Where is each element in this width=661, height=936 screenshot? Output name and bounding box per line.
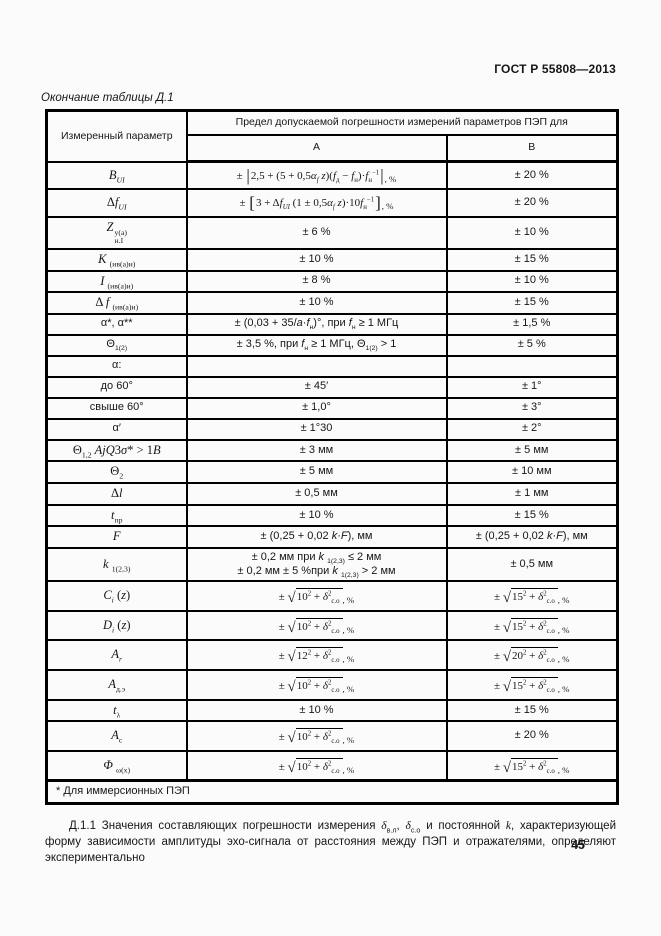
param-cell: F (47, 526, 187, 548)
paragraph-d11: Д.1.1 Значения составляющих погрешности … (45, 818, 616, 866)
table-row: F± (0,25 + 0,02 k·F), мм± (0,25 + 0,02 k… (47, 526, 618, 548)
limit-b-cell: ± √152 + δ2с.о, % (447, 581, 618, 611)
table-row: α*, α**± (0,03 + 35/a·fн)°, при fн ≥ 1 М… (47, 314, 618, 335)
limit-b-cell: ± √152 + δ2с.о, % (447, 670, 618, 700)
limit-a-cell: ± 6 % (187, 217, 447, 249)
limit-b-cell: ± 20 % (447, 721, 618, 751)
limit-b-cell: ± 10 % (447, 271, 618, 293)
param-cell: Aд.э (47, 670, 187, 700)
limit-a-cell: ± 1°30 (187, 419, 447, 440)
table-row: Aс± √102 + δ2с.о, %± 20 % (47, 721, 618, 751)
table-footnote: * Для иммерсионных ПЭП (47, 781, 618, 804)
limit-b-cell (447, 356, 618, 377)
limit-b-cell: ± 15 % (447, 292, 618, 314)
limit-b-cell: ± 1,5 % (447, 314, 618, 335)
limit-b-cell: ± (0,25 + 0,02 k·F), мм (447, 526, 618, 548)
limit-a-cell: ± √102 + δ2с.о, % (187, 751, 447, 781)
param-cell: Θ1(2) (47, 335, 187, 356)
tolerance-table: Измеренный параметр Предел допускаемой п… (45, 109, 619, 805)
table-row: Θ1,2 AjQ3σ* > 1В± 3 мм± 5 мм (47, 440, 618, 462)
limit-a-cell: ± |2,5 + (5 + 0,5αf z)(fд − fн)·fн−1|, % (187, 162, 447, 190)
limit-b-cell: ± 15 % (447, 249, 618, 271)
table-row: Ci (z)± √102 + δ2с.о, %± √152 + δ2с.о, % (47, 581, 618, 611)
table-row: tпр± 10 %± 15 % (47, 505, 618, 527)
param-cell: до 60° (47, 377, 187, 398)
table-row: Ar± √122 + δ2с.о, %± √202 + δ2с.о, % (47, 640, 618, 670)
table-row: свыше 60°± 1,0°± 3° (47, 398, 618, 419)
limit-a-cell: ± 8 % (187, 271, 447, 293)
param-cell: α*, α** (47, 314, 187, 335)
param-cell: α: (47, 356, 187, 377)
table-row: tλ± 10 %± 15 % (47, 700, 618, 722)
table-header: Измеренный параметр Предел допускаемой п… (47, 111, 618, 162)
limit-a-cell: ± 1,0° (187, 398, 447, 419)
param-cell: Δl (47, 483, 187, 505)
param-cell: Θ1,2 AjQ3σ* > 1В (47, 440, 187, 462)
limit-b-cell: ± 3° (447, 398, 618, 419)
param-cell: Ar (47, 640, 187, 670)
table-row: Δ f (ив(а)и)± 10 %± 15 % (47, 292, 618, 314)
table-row: Di (z)± √102 + δ2с.о, %± √152 + δ2с.о, % (47, 611, 618, 641)
page-number: 45 (571, 838, 585, 852)
header-row-1: Измеренный параметр Предел допускаемой п… (47, 111, 618, 136)
limit-b-cell: ± 20 % (447, 189, 618, 216)
limit-b-cell: ± 0,5 мм (447, 548, 618, 582)
table-row: Δl± 0,5 мм± 1 мм (47, 483, 618, 505)
doc-number: ГОСТ Р 55808—2013 (45, 62, 616, 76)
limit-b-cell: ± 10 % (447, 217, 618, 249)
limit-a-cell: ± 3,5 %, при fн ≥ 1 МГц, Θ1(2) > 1 (187, 335, 447, 356)
table-row: ΔfUI± [3 + ΔfUI (1 ± 0,5αf z)·10fн−1], %… (47, 189, 618, 216)
limit-b-cell: ± 1° (447, 377, 618, 398)
table-row: Φ ω(х)± √102 + δ2с.о, %± √152 + δ2с.о, % (47, 751, 618, 781)
table-body: BUI± |2,5 + (5 + 0,5αf z)(fд − fн)·fн−1|… (47, 162, 618, 781)
limit-a-cell: ± √122 + δ2с.о, % (187, 640, 447, 670)
column-header-parameter: Измеренный параметр (47, 111, 187, 162)
limit-a-cell: ± √102 + δ2с.о, % (187, 581, 447, 611)
limit-a-cell: ± 10 % (187, 700, 447, 722)
limit-a-cell: ± [3 + ΔfUI (1 ± 0,5αf z)·10fн−1], % (187, 189, 447, 216)
limit-a-cell: ± √102 + δ2с.о, % (187, 611, 447, 641)
table-row: α′± 1°30± 2° (47, 419, 618, 440)
table-row: Aд.э± √102 + δ2с.о, %± √152 + δ2с.о, % (47, 670, 618, 700)
limit-b-cell: ± 15 % (447, 505, 618, 527)
table-row: Θ2± 5 мм± 10 мм (47, 461, 618, 483)
limit-a-cell: ± (0,25 + 0,02 k·F), мм (187, 526, 447, 548)
column-header-limit: Предел допускаемой погрешности измерений… (187, 111, 618, 136)
limit-b-cell: ± 1 мм (447, 483, 618, 505)
table-row: Θ1(2)± 3,5 %, при fн ≥ 1 МГц, Θ1(2) > 1±… (47, 335, 618, 356)
limit-a-cell: ± 10 % (187, 249, 447, 271)
limit-a-cell: ± 10 % (187, 505, 447, 527)
param-cell: ΔfUI (47, 189, 187, 216)
param-cell: Θ2 (47, 461, 187, 483)
table-row: k 1(2,3)± 0,2 мм при k 1(2,3) ≤ 2 мм± 0,… (47, 548, 618, 582)
param-cell: Ci (z) (47, 581, 187, 611)
limit-a-cell: ± (0,03 + 35/a·fн)°, при fн ≥ 1 МГц (187, 314, 447, 335)
limit-b-cell: ± √152 + δ2с.о, % (447, 611, 618, 641)
limit-b-cell: ± 15 % (447, 700, 618, 722)
table-row: I (ив(а)и)± 8 %± 10 % (47, 271, 618, 293)
limit-a-cell: ± 0,2 мм при k 1(2,3) ≤ 2 мм± 0,2 мм ± 5… (187, 548, 447, 582)
column-header-b: В (447, 135, 618, 162)
param-cell: K (ив(а)и) (47, 249, 187, 271)
param-cell: I (ив(а)и) (47, 271, 187, 293)
table-row: до 60°± 45′± 1° (47, 377, 618, 398)
limit-b-cell: ± 5 % (447, 335, 618, 356)
document-page: ГОСТ Р 55808—2013 Окончание таблицы Д.1 … (0, 0, 661, 936)
param-cell: Aс (47, 721, 187, 751)
table-row: Zу(а)н.I± 6 %± 10 % (47, 217, 618, 249)
param-cell: Di (z) (47, 611, 187, 641)
limit-b-cell: ± √152 + δ2с.о, % (447, 751, 618, 781)
table-row: BUI± |2,5 + (5 + 0,5αf z)(fд − fн)·fн−1|… (47, 162, 618, 190)
param-cell: tпр (47, 505, 187, 527)
param-cell: k 1(2,3) (47, 548, 187, 582)
limit-a-cell: ± 5 мм (187, 461, 447, 483)
param-cell: Δ f (ив(а)и) (47, 292, 187, 314)
limit-b-cell: ± 10 мм (447, 461, 618, 483)
param-cell: Φ ω(х) (47, 751, 187, 781)
limit-a-cell: ± 10 % (187, 292, 447, 314)
limit-a-cell: ± √102 + δ2с.о, % (187, 670, 447, 700)
limit-a-cell: ± 0,5 мм (187, 483, 447, 505)
limit-a-cell: ± 3 мм (187, 440, 447, 462)
limit-a-cell: ± 45′ (187, 377, 447, 398)
limit-b-cell: ± 20 % (447, 162, 618, 190)
column-header-a: А (187, 135, 447, 162)
limit-a-cell (187, 356, 447, 377)
limit-b-cell: ± √202 + δ2с.о, % (447, 640, 618, 670)
table-row: K (ив(а)и)± 10 %± 15 % (47, 249, 618, 271)
param-cell: Zу(а)н.I (47, 217, 187, 249)
param-cell: α′ (47, 419, 187, 440)
param-cell: BUI (47, 162, 187, 190)
limit-a-cell: ± √102 + δ2с.о, % (187, 721, 447, 751)
limit-b-cell: ± 2° (447, 419, 618, 440)
footnote-row: * Для иммерсионных ПЭП (47, 781, 618, 804)
table-foot: * Для иммерсионных ПЭП (47, 781, 618, 804)
table-caption: Окончание таблицы Д.1 (41, 92, 616, 104)
param-cell: tλ (47, 700, 187, 722)
table-row: α: (47, 356, 618, 377)
param-cell: свыше 60° (47, 398, 187, 419)
limit-b-cell: ± 5 мм (447, 440, 618, 462)
